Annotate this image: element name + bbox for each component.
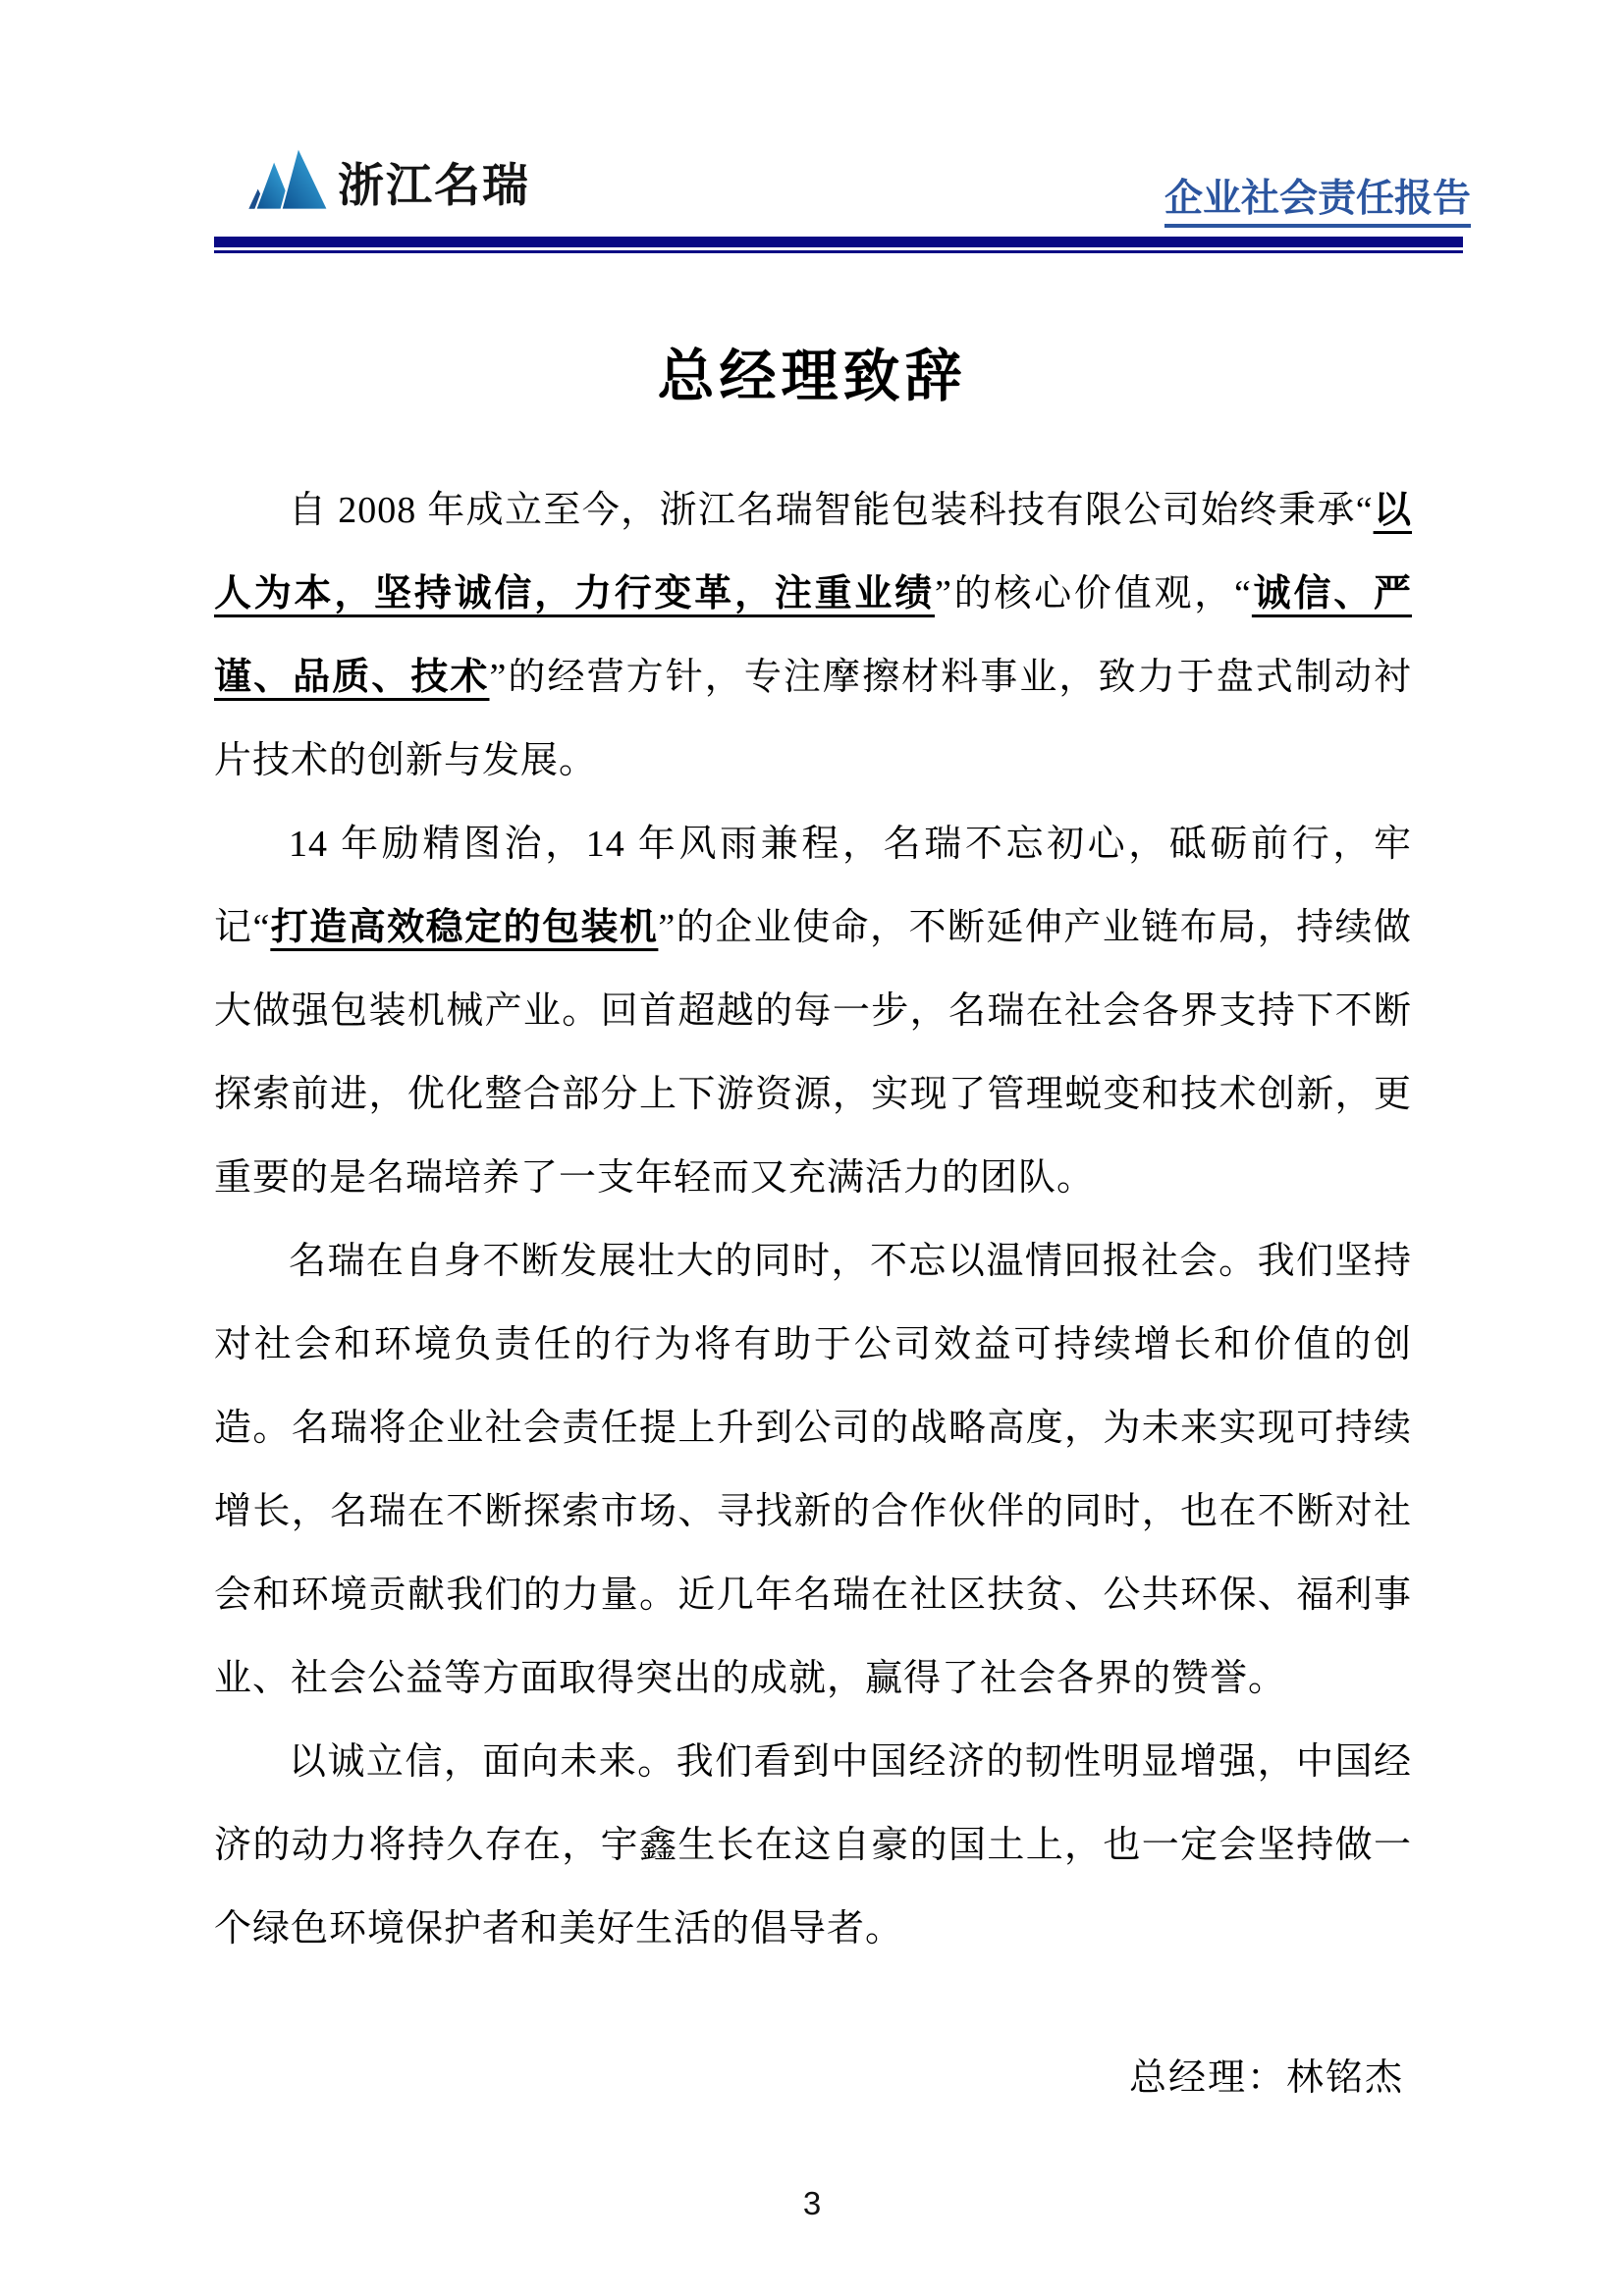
mountain-m-logo-icon (247, 143, 328, 210)
company-logo: 浙江名瑞 (247, 143, 530, 210)
paragraph: 名瑞在自身不断发展壮大的同时，不忘以温情回报社会。我们坚持对社会和环境负责任的行… (214, 1220, 1412, 1721)
text-run: 自 2008 年成立至今，浙江名瑞智能包装科技有限公司始终秉承“ (289, 490, 1374, 531)
report-title: 企业社会责任报告 (1164, 179, 1471, 228)
text-run: 名瑞在自身不断发展壮大的同时，不忘以温情回报社会。我们坚持对社会和环境负责任的行… (214, 1241, 1412, 1699)
logo-text: 浙江名瑞 (338, 162, 530, 210)
page-title: 总经理致辞 (0, 330, 1624, 412)
text-run: ”的企业使命，不断延伸产业链布局，持续做大做强包装机械产业。回首超越的每一步，名… (214, 907, 1412, 1199)
page-number: 3 (0, 2185, 1624, 2222)
document-body: 自 2008 年成立至今，浙江名瑞智能包装科技有限公司始终秉承“以人为本，坚持诚… (214, 469, 1412, 1971)
header-rule (214, 237, 1463, 253)
emphasized-text-run: 打造高效稳定的包装机 (270, 907, 658, 948)
signature-line: 总经理：林铭杰 (214, 2037, 1404, 2120)
header-rule-thin-line (214, 250, 1463, 253)
paragraph: 14 年励精图治，14 年风雨兼程，名瑞不忘初心，砥砺前行，牢记“打造高效稳定的… (214, 803, 1412, 1220)
header-rule-thick-line (214, 237, 1463, 247)
text-run: ”的核心价值观，“ (935, 573, 1252, 614)
report-page: 浙江名瑞 企业社会责任报告 总经理致辞 自 2008 年成立至今，浙江名瑞智能包… (0, 0, 1624, 2296)
paragraph: 以诚立信，面向未来。我们看到中国经济的韧性明显增强，中国经济的动力将持久存在，宇… (214, 1721, 1412, 1971)
text-run: 以诚立信，面向未来。我们看到中国经济的韧性明显增强，中国经济的动力将持久存在，宇… (214, 1741, 1412, 1949)
paragraph: 自 2008 年成立至今，浙江名瑞智能包装科技有限公司始终秉承“以人为本，坚持诚… (214, 469, 1412, 803)
